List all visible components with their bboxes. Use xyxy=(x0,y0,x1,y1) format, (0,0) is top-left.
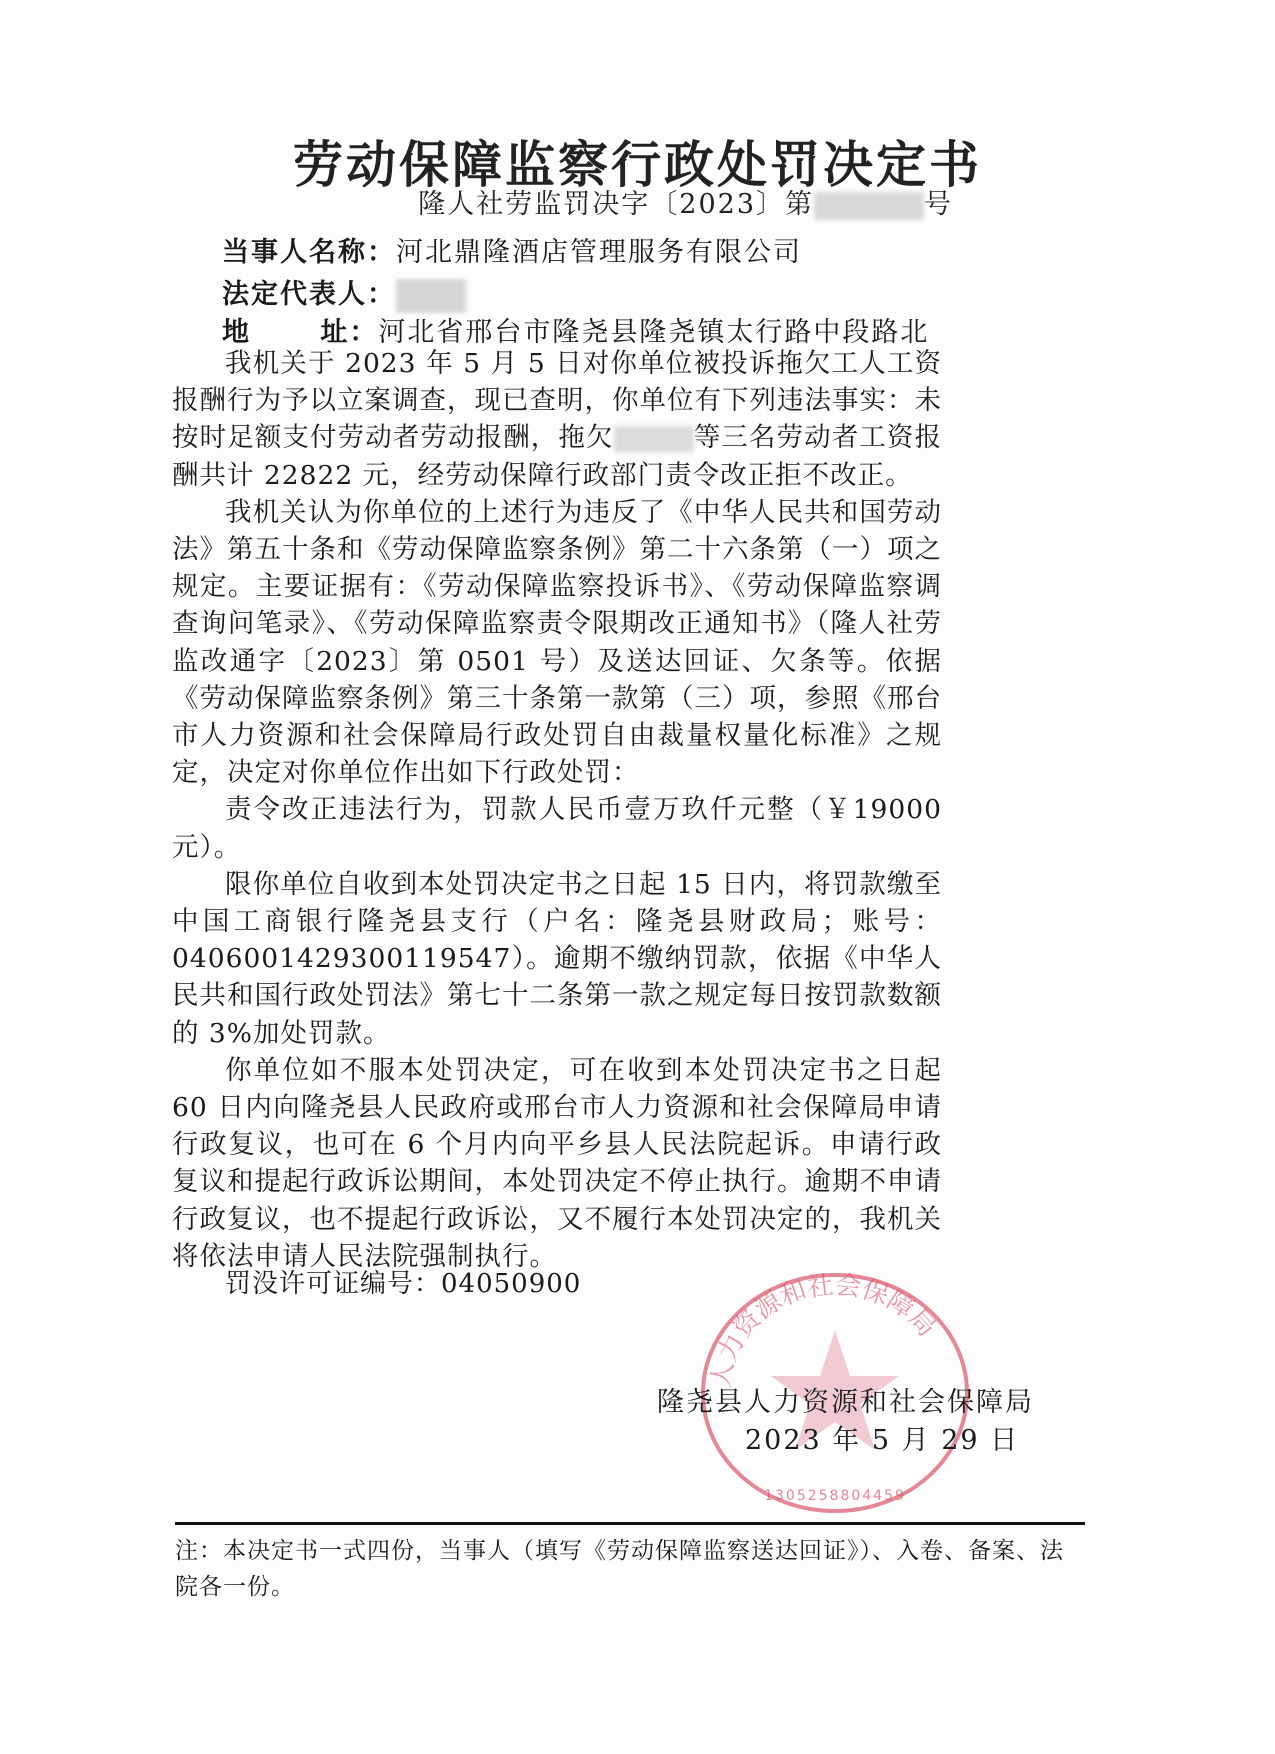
permit-number: 罚没许可证编号：04050900 xyxy=(225,1263,581,1300)
redacted-name xyxy=(396,279,466,313)
party-name-label: 当事人名称： xyxy=(222,237,396,268)
document-number: 隆人社劳监罚决字〔2023〕第号 xyxy=(418,182,953,221)
paragraph-facts: 我机关于 2023 年 5 月 5 日对你单位被投诉拖欠工人工资报酬行为予以立案… xyxy=(172,345,942,494)
address-field: 地 址：河北省邢台市隆尧县隆尧镇太行路中段路北 xyxy=(222,310,929,349)
footnote: 注：本决定书一式四份，当事人（填写《劳动保障监察送达回证》）、入卷、备案、法院各… xyxy=(175,1533,1085,1605)
issuing-organization: 隆尧县人力资源和社会保障局 xyxy=(657,1380,1034,1419)
footer-divider xyxy=(175,1522,1085,1525)
legal-rep-label: 法定代表人： xyxy=(222,279,396,310)
address-value: 河北省邢台市隆尧县隆尧镇太行路中段路北 xyxy=(378,317,929,348)
svg-text:1305258804459: 1305258804459 xyxy=(764,1488,906,1504)
document-page: 劳动保障监察行政处罚决定书 隆人社劳监罚决字〔2023〕第号 当事人名称：河北鼎… xyxy=(0,0,1275,1754)
paragraph-legal-basis: 我机关认为你单位的上述行为违反了《中华人民共和国劳动法》第五十条和《劳动保障监察… xyxy=(172,494,942,792)
party-name-value: 河北鼎隆酒店管理服务有限公司 xyxy=(396,237,802,268)
party-name-field: 当事人名称：河北鼎隆酒店管理服务有限公司 xyxy=(222,230,802,269)
address-label: 地 址： xyxy=(222,317,378,348)
redacted-number xyxy=(814,192,924,220)
document-number-prefix: 隆人社劳监罚决字〔2023〕第 xyxy=(418,189,814,220)
paragraph-payment: 限你单位自收到本处罚决定书之日起 15 日内，将罚款缴至中国工商银行隆尧县支行（… xyxy=(172,866,942,1052)
paragraph-appeal: 你单位如不服本处罚决定，可在收到本处罚决定书之日起 60 日内向隆尧县人民政府或… xyxy=(172,1052,942,1275)
redacted-names xyxy=(614,426,694,452)
document-body: 我机关于 2023 年 5 月 5 日对你单位被投诉拖欠工人工资报酬行为予以立案… xyxy=(172,345,942,1275)
issue-date: 2023 年 5 月 29 日 xyxy=(745,1418,1019,1457)
document-number-suffix: 号 xyxy=(924,189,953,220)
paragraph-penalty: 责令改正违法行为，罚款人民币壹万玖仟元整（￥19000 元）。 xyxy=(172,791,942,865)
legal-rep-field: 法定代表人： xyxy=(222,272,466,313)
